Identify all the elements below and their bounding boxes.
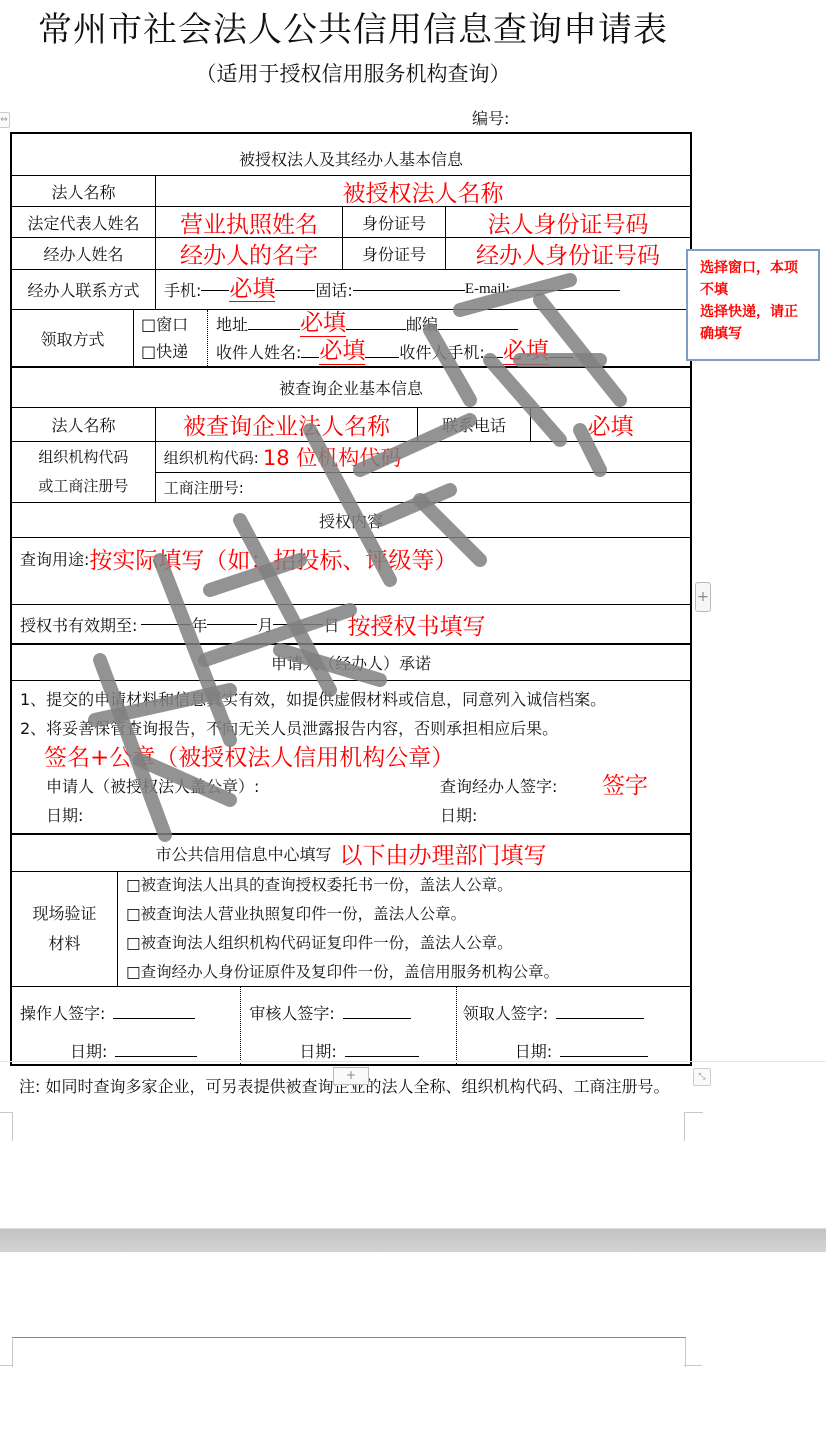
org-code-label-line1: 组织机构代码 xyxy=(38,443,128,472)
section5-note: 以下由办理部门填写 xyxy=(340,837,547,870)
authorized-legal-name-row: 法人名称 被授权法人名称 xyxy=(12,176,690,207)
validity-line: 授权书有效期至: 年月日 按授权书填写 xyxy=(12,605,485,643)
verify-label-line1: 现场验证 xyxy=(32,899,96,929)
legal-name-field[interactable]: 被授权法人名称 xyxy=(155,176,690,206)
application-form-table: 被授权法人及其经办人基本信息 法人名称 被授权法人名称 法定代表人姓名 营业执照… xyxy=(10,132,692,1066)
express-details: 地址必填邮编 收件人姓名:必填收件人手机:必填 xyxy=(207,310,690,366)
reviewer-date-label: 日期: xyxy=(299,1042,336,1061)
agent-name-field[interactable]: 经办人的名字 xyxy=(155,238,342,269)
section2-header: 被查询企业基本信息 xyxy=(12,368,690,407)
landline-label: 固话: xyxy=(315,278,352,301)
section3-header: 授权内容 xyxy=(12,503,690,537)
agent-date-label: 日期: xyxy=(440,803,477,826)
material-checkbox[interactable]: □被查询法人出具的查询授权委托书一份，盖法人公章。 xyxy=(126,871,513,900)
queried-phone-label: 联系电话 xyxy=(417,408,530,441)
operator-sign-field[interactable] xyxy=(113,1017,195,1019)
org-code-label: 组织机构代码 或工商注册号 xyxy=(12,442,155,502)
agent-name-label: 经办人姓名 xyxy=(12,238,155,269)
operator-date-label: 日期: xyxy=(70,1042,107,1061)
applicant-date-label: 日期: xyxy=(46,803,83,826)
org-code-label-line2: 或工商注册号 xyxy=(38,472,128,501)
org-code-field[interactable]: 18 位机构代码 xyxy=(263,442,401,472)
validity-hint: 按授权书填写 xyxy=(347,608,485,641)
serial-number-label: 编号: xyxy=(472,106,509,129)
section2-header-row: 被查询企业基本信息 xyxy=(12,368,690,408)
agent-sign-label: 查询经办人签字: xyxy=(440,774,557,797)
zip-field[interactable] xyxy=(438,328,518,330)
reviewer-date-field[interactable] xyxy=(345,1055,419,1057)
rep-id-field[interactable]: 法人身份证号码 xyxy=(445,207,690,237)
validity-month-field[interactable] xyxy=(207,623,257,625)
pledge-2: 2、将妥善保管查询报告，不向无关人员泄露报告内容，否则承担相应后果。 xyxy=(20,716,558,739)
legal-rep-row: 法定代表人姓名 营业执照姓名 身份证号 法人身份证号码 xyxy=(12,207,690,238)
side-note-line: 确填写 xyxy=(700,323,818,345)
validity-day-field[interactable] xyxy=(273,623,323,625)
verify-materials-row: 现场验证 材料 □被查询法人出具的查询授权委托书一份，盖法人公章。 □被查询法人… xyxy=(12,872,690,987)
page-title: 常州市社会法人公共信用信息查询申请表 xyxy=(0,2,706,51)
section5-header: 市公共信用信息中心填写 以下由办理部门填写 xyxy=(12,835,690,871)
reg-no-line: 工商注册号: xyxy=(156,473,690,502)
recipient-name-field[interactable]: 必填 xyxy=(319,338,365,365)
rep-id-label: 身份证号 xyxy=(342,207,445,237)
legal-rep-label: 法定代表人姓名 xyxy=(12,207,155,237)
pickup-options: □窗口 □快递 xyxy=(133,310,207,366)
seal-instruction: 签名+公章（被授权法人信用机构公章） xyxy=(44,739,454,772)
page-subtitle: （适用于授权信用服务机构查询） xyxy=(0,58,706,88)
legal-rep-field[interactable]: 营业执照姓名 xyxy=(155,207,342,237)
recipient-phone-label: 收件人手机: xyxy=(399,343,484,362)
recipient-line: 收件人姓名:必填收件人手机:必填 xyxy=(216,338,573,366)
org-code-field-label: 组织机构代码: xyxy=(164,447,259,468)
zip-label: 邮编 xyxy=(406,315,438,334)
add-row-button[interactable]: + xyxy=(333,1067,369,1085)
pledge-block: 1、提交的申请材料和信息真实有效，如提供虚假材料或信息，同意列入诚信档案。 2、… xyxy=(12,681,690,835)
org-code-row: 组织机构代码 或工商注册号 组织机构代码: 18 位机构代码 工商注册号: xyxy=(12,442,690,503)
org-code-fields: 组织机构代码: 18 位机构代码 工商注册号: xyxy=(155,442,690,502)
receiver-sign-label: 领取人签字: xyxy=(463,1004,548,1023)
validity-label: 授权书有效期至: xyxy=(20,613,137,636)
applicant-seal-label: 申请人（被授权法人盖公章）: xyxy=(46,774,259,797)
operator-signature: 操作人签字: 日期: xyxy=(12,987,240,1064)
page-corner-mark xyxy=(684,1365,702,1367)
section1-header-row: 被授权法人及其经办人基本信息 xyxy=(12,134,690,176)
purpose-line: 查询用途: 按实际填写（如：招投标、评级等） xyxy=(12,538,457,575)
agent-sign-field[interactable]: 签字 xyxy=(602,767,648,800)
contact-label: 经办人联系方式 xyxy=(12,270,155,309)
mobile-field[interactable]: 必填 xyxy=(229,277,275,302)
queried-legal-name-row: 法人名称 被查询企业法人名称 联系电话 必填 xyxy=(12,408,690,442)
address-label: 地址 xyxy=(216,315,248,334)
materials-list: □被查询法人出具的查询授权委托书一份，盖法人公章。 □被查询法人营业执照复印件一… xyxy=(117,872,690,986)
contact-fields: 手机: 必填 固话: E-mail: xyxy=(155,270,690,309)
material-checkbox[interactable]: □查询经办人身份证原件及复印件一份，盖信用服务机构公章。 xyxy=(126,958,559,987)
reg-no-label: 工商注册号: xyxy=(164,477,244,498)
agent-id-field[interactable]: 经办人身份证号码 xyxy=(445,238,690,269)
page-corner-mark xyxy=(684,1112,703,1141)
purpose-row: 查询用途: 按实际填写（如：招投标、评级等） xyxy=(12,538,690,605)
pickup-window-checkbox[interactable]: □窗口 xyxy=(141,311,188,338)
page-margin-line xyxy=(0,1061,826,1062)
page-break-gap xyxy=(0,1228,826,1252)
pickup-label: 领取方式 xyxy=(12,310,133,366)
org-code-line: 组织机构代码: 18 位机构代码 xyxy=(156,442,690,473)
validity-year-field[interactable] xyxy=(141,623,191,625)
agent-id-label: 身份证号 xyxy=(342,238,445,269)
signatures-row: 操作人签字: 日期: 审核人签字: 日期: 领取人签字: 日期: xyxy=(12,987,690,1064)
validity-row: 授权书有效期至: 年月日 按授权书填写 xyxy=(12,605,690,645)
operator-date-field[interactable] xyxy=(115,1055,197,1057)
address-field[interactable]: 必填 xyxy=(300,310,346,337)
table-move-handle-icon[interactable]: ⇔ xyxy=(0,112,10,128)
section5-header-row: 市公共信用信息中心填写 以下由办理部门填写 xyxy=(12,835,690,872)
purpose-label: 查询用途: xyxy=(20,547,89,570)
side-note-line: 选择快递，请正 xyxy=(700,301,818,323)
queried-legal-name-field[interactable]: 被查询企业法人名称 xyxy=(155,408,417,441)
email-label: E-mail: xyxy=(465,281,510,298)
pickup-method-row: 领取方式 □窗口 □快递 地址必填邮编 收件人姓名:必填收件人手机:必填 xyxy=(12,310,690,368)
pickup-express-checkbox[interactable]: □快递 xyxy=(141,338,188,365)
page-corner-mark xyxy=(0,1365,12,1367)
reviewer-signature: 审核人签字: 日期: xyxy=(240,987,455,1064)
section4-header: 申请人（经办人）承诺 xyxy=(12,645,690,680)
page-corner-mark xyxy=(0,1112,13,1141)
verify-label: 现场验证 材料 xyxy=(12,872,117,986)
table-resize-handle-icon[interactable]: ⤡ xyxy=(693,1068,711,1086)
agent-contact-row: 经办人联系方式 手机: 必填 固话: E-mail: xyxy=(12,270,690,310)
mobile-label: 手机: xyxy=(164,278,201,301)
recipient-name-label: 收件人姓名: xyxy=(216,343,301,362)
legal-name-label: 法人名称 xyxy=(12,176,155,206)
queried-legal-name-label: 法人名称 xyxy=(12,408,155,441)
queried-phone-field[interactable]: 必填 xyxy=(530,408,690,441)
section5-title: 市公共信用信息中心填写 xyxy=(155,842,331,865)
reviewer-sign-field[interactable] xyxy=(343,1017,411,1019)
day-label: 日 xyxy=(323,613,339,636)
receiver-date-field[interactable] xyxy=(560,1055,648,1057)
pledge-1: 1、提交的申请材料和信息真实有效，如提供虚假材料或信息，同意列入诚信档案。 xyxy=(20,687,606,710)
pickup-side-note: 选择窗口，本项 不填 选择快递，请正 确填写 xyxy=(686,249,820,361)
receiver-sign-field[interactable] xyxy=(556,1017,644,1019)
side-note-line: 选择窗口，本项 xyxy=(700,257,818,279)
material-checkbox[interactable]: □被查询法人组织机构代码证复印件一份，盖法人公章。 xyxy=(126,929,513,958)
material-checkbox[interactable]: □被查询法人营业执照复印件一份，盖法人公章。 xyxy=(126,900,466,929)
operator-sign-label: 操作人签字: xyxy=(20,1004,105,1023)
reviewer-sign-label: 审核人签字: xyxy=(249,1004,334,1023)
side-note-line: 不填 xyxy=(700,279,818,301)
header-area-line xyxy=(12,1337,686,1367)
address-line: 地址必填邮编 xyxy=(216,310,518,338)
year-label: 年 xyxy=(191,613,207,636)
section4-header-row: 申请人（经办人）承诺 xyxy=(12,645,690,681)
agent-row: 经办人姓名 经办人的名字 身份证号 经办人身份证号码 xyxy=(12,238,690,270)
month-label: 月 xyxy=(257,613,273,636)
email-field[interactable] xyxy=(510,289,620,291)
receiver-signature: 领取人签字: 日期: xyxy=(456,987,690,1064)
landline-field[interactable] xyxy=(353,289,465,291)
receiver-date-label: 日期: xyxy=(515,1042,552,1061)
add-column-button[interactable]: + xyxy=(695,582,711,612)
section3-header-row: 授权内容 xyxy=(12,503,690,538)
section1-header: 被授权法人及其经办人基本信息 xyxy=(12,134,690,175)
verify-label-line2: 材料 xyxy=(48,929,80,959)
purpose-field[interactable]: 按实际填写（如：招投标、评级等） xyxy=(89,542,457,575)
recipient-phone-field[interactable]: 必填 xyxy=(503,338,549,365)
